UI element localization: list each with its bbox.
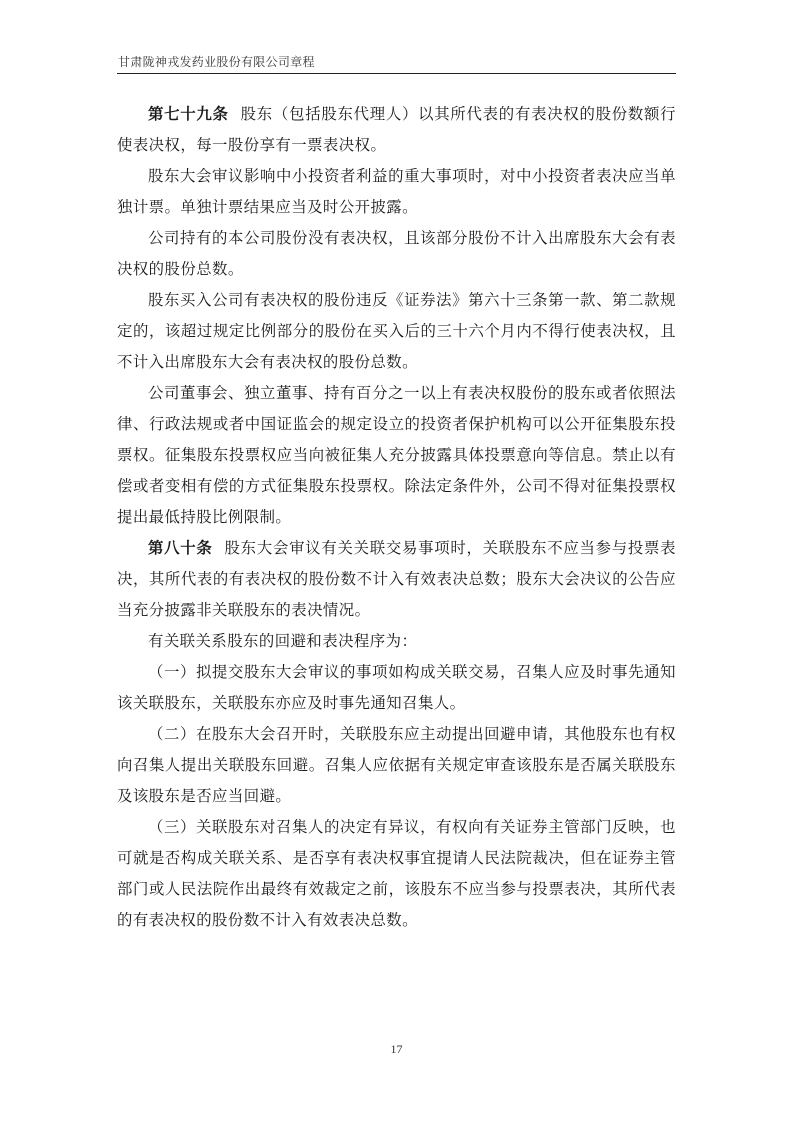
paragraph-text: （三）关联股东对召集人的决定有异议，有权向有关证券主管部门反映，也可就是否构成关… xyxy=(117,818,676,929)
paragraph: 公司持有的本公司股份没有表决权，且该部分股份不计入出席股东大会有表决权的股份总数… xyxy=(117,223,676,285)
paragraph: 股东大会审议影响中小投资者利益的重大事项时，对中小投资者表决应当单独计票。单独计… xyxy=(117,161,676,223)
article-80-paragraph: 第八十条股东大会审议有关关联交易事项时，关联股东不应当参与投票表决，其所代表的有… xyxy=(117,533,676,626)
paragraph-text: 公司董事会、独立董事、持有百分之一以上有表决权股份的股东或者依照法律、行政法规或… xyxy=(117,384,676,526)
article-number: 第八十条 xyxy=(148,539,213,557)
page-number: 17 xyxy=(0,1042,793,1057)
page-header: 甘肃陇神戎发药业股份有限公司章程 xyxy=(117,55,676,74)
list-item: （二）在股东大会召开时，关联股东应主动提出回避申请，其他股东也有权向召集人提出关… xyxy=(117,719,676,812)
paragraph-text: （一）拟提交股东大会审议的事项如构成关联交易，召集人应及时事先通知该关联股东，关… xyxy=(117,663,676,712)
list-item: （三）关联股东对召集人的决定有异议，有权向有关证券主管部门反映，也可就是否构成关… xyxy=(117,812,676,936)
paragraph-text: （二）在股东大会召开时，关联股东应主动提出回避申请，其他股东也有权向召集人提出关… xyxy=(117,725,676,805)
list-item: （一）拟提交股东大会审议的事项如构成关联交易，召集人应及时事先通知该关联股东，关… xyxy=(117,657,676,719)
article-79-paragraph: 第七十九条股东（包括股东代理人）以其所代表的有表决权的股份数额行使表决权，每一股… xyxy=(117,99,676,161)
paragraph: 公司董事会、独立董事、持有百分之一以上有表决权股份的股东或者依照法律、行政法规或… xyxy=(117,378,676,533)
paragraph: 有关联关系股东的回避和表决程序为： xyxy=(117,626,676,657)
paragraph-text: 有关联关系股东的回避和表决程序为： xyxy=(148,632,417,650)
article-number: 第七十九条 xyxy=(148,105,229,123)
paragraph-text: 股东买入公司有表决权的股份违反《证券法》第六十三条第一款、第二款规定的，该超过规… xyxy=(117,291,676,371)
document-title: 甘肃陇神戎发药业股份有限公司章程 xyxy=(118,55,315,69)
document-body: 第七十九条股东（包括股东代理人）以其所代表的有表决权的股份数额行使表决权，每一股… xyxy=(117,99,676,936)
paragraph-text: 股东大会审议影响中小投资者利益的重大事项时，对中小投资者表决应当单独计票。单独计… xyxy=(117,167,676,216)
paragraph: 股东买入公司有表决权的股份违反《证券法》第六十三条第一款、第二款规定的，该超过规… xyxy=(117,285,676,378)
paragraph-text: 公司持有的本公司股份没有表决权，且该部分股份不计入出席股东大会有表决权的股份总数… xyxy=(117,229,676,278)
